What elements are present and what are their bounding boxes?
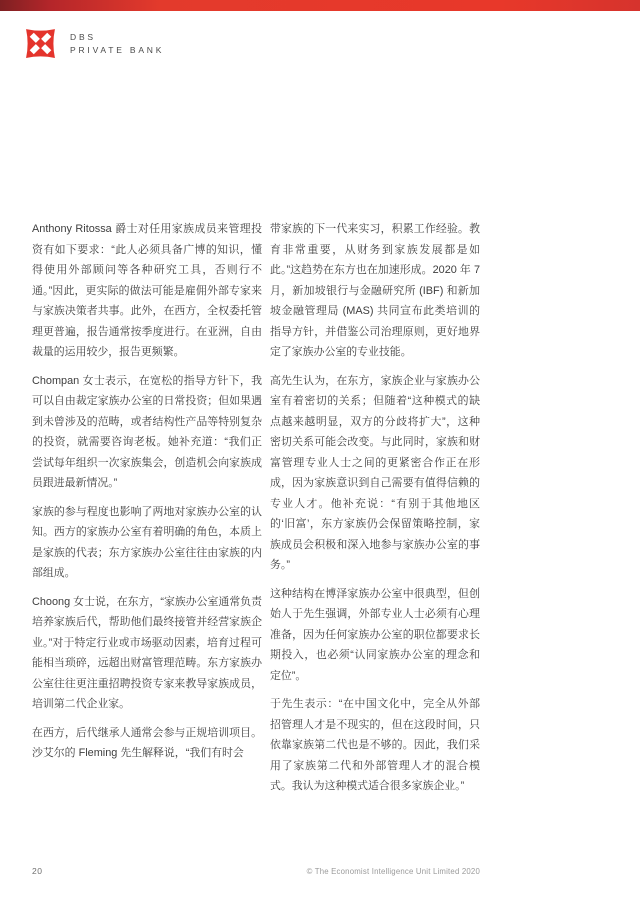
brand-wordmark-line1: DBS — [70, 31, 164, 44]
page-footer: 20 © The Economist Intelligence Unit Lim… — [32, 866, 480, 876]
paragraph: Chompan 女士表示，在宽松的指导方针下，我可以自由裁定家族办公室的日常投资… — [32, 371, 262, 494]
paragraph: Anthony Ritossa 爵士对任用家族成员来管理投资有如下要求：“此人必… — [32, 219, 262, 363]
left-column: Anthony Ritossa 爵士对任用家族成员来管理投资有如下要求：“此人必… — [32, 219, 262, 805]
dbs-logo-icon — [24, 27, 57, 60]
brand-header: DBS PRIVATE BANK — [24, 27, 164, 60]
paragraph: 家族的参与程度也影响了两地对家族办公室的认知。西方的家族办公室有着明确的角色，本… — [32, 502, 262, 584]
paragraph: 高先生认为，在东方，家族企业与家族办公室有着密切的关系；但随着“这种模式的缺点越… — [270, 371, 480, 576]
article-body: Anthony Ritossa 爵士对任用家族成员来管理投资有如下要求：“此人必… — [32, 219, 480, 805]
copyright-text: © The Economist Intelligence Unit Limite… — [307, 867, 480, 876]
paragraph: 带家族的下一代来实习，积累工作经验。教育非常重要，从财务到家族发展都是如此。”这… — [270, 219, 480, 363]
paragraph: 这种结构在博泽家族办公室中很典型，但创始人于先生强调，外部专业人士必须有心理准备… — [270, 584, 480, 687]
brand-wordmark-line2: PRIVATE BANK — [70, 44, 164, 57]
paragraph: Choong 女士说，在东方，“家族办公室通常负责培养家族后代，帮助他们最终接管… — [32, 592, 262, 715]
page-number: 20 — [32, 866, 42, 876]
paragraph: 于先生表示：“在中国文化中，完全从外部招管理人才是不现实的，但在这段时间，只依靠… — [270, 694, 480, 797]
paragraph: 在西方，后代继承人通常会参与正规培训项目。沙艾尔的 Fleming 先生解释说，… — [32, 723, 262, 764]
right-column: 带家族的下一代来实习，积累工作经验。教育非常重要，从财务到家族发展都是如此。”这… — [270, 219, 480, 805]
brand-wordmark: DBS PRIVATE BANK — [70, 31, 164, 56]
top-accent-bar — [0, 0, 640, 11]
